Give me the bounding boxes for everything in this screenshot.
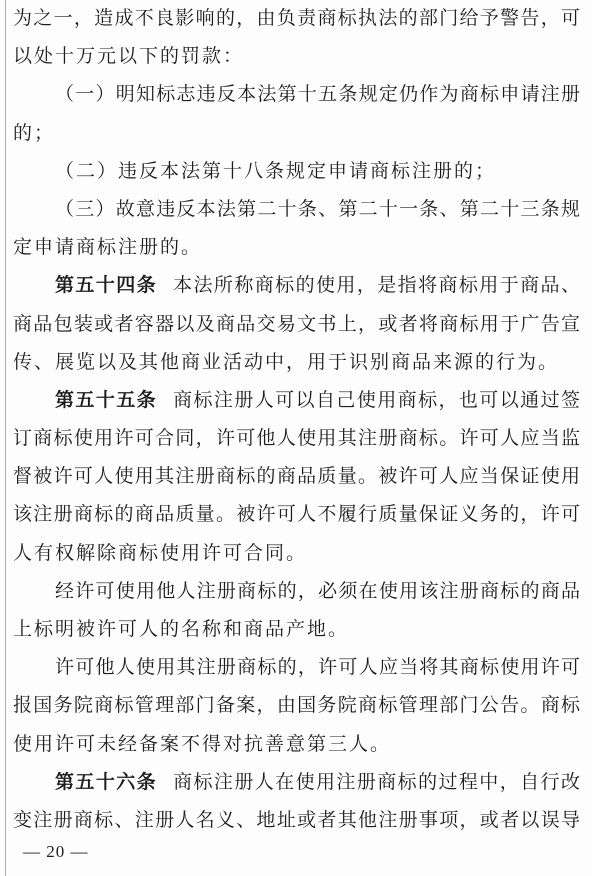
line-text: 订商标使用许可合同，许可他人使用其注册商标。许可人应当监 (13, 428, 580, 449)
line-text: （二）违反本法第十八条规定申请商标注册的； (55, 161, 496, 182)
text-line: 许可他人使用其注册商标的，许可人应当将其商标使用许可 (13, 649, 580, 687)
text-line: 督被许可人使用其注册商标的商品质量。被许可人应当保证使用 (13, 458, 580, 496)
line-text: 传、展览以及其他商业活动中，用于识别商品来源的行为。 (13, 352, 559, 373)
text-line: 上标明被许可人的名称和商品产地。 (13, 611, 580, 649)
line-text: （三）故意违反本法第二十条、第二十一条、第二十三条规 (55, 199, 580, 220)
text-line-list-item-2: （二）违反本法第十八条规定申请商标注册的； (13, 153, 580, 191)
line-text: 本法所称商标的使用，是指将商标用于商品、 (173, 275, 580, 296)
text-line-article-55: 第五十五条商标注册人可以自己使用商标，也可以通过签 (13, 382, 580, 420)
page-edge-line (5, 0, 6, 876)
text-line-article-56: 第五十六条商标注册人在使用注册商标的过程中，自行改 (13, 764, 580, 802)
line-text: 上标明被许可人的名称和商品产地。 (13, 619, 349, 640)
text-line: 定申请商标注册的。 (13, 229, 580, 267)
line-text: 使用许可未经备案不得对抗善意第三人。 (13, 734, 391, 755)
page-number: — 20 — (23, 842, 89, 861)
line-text: 变注册商标、注册人名义、地址或者其他注册事项，或者以误导 (13, 810, 580, 831)
text-line: 人有权解除商标使用许可合同。 (13, 535, 580, 573)
text-line: 的； (13, 115, 580, 153)
line-text: 商标注册人在使用注册商标的过程中，自行改 (173, 772, 580, 793)
document-page: 为之一，造成不良影响的，由负责商标执法的部门给予警告，可 以处十万元以下的罚款：… (0, 0, 592, 876)
line-text: 的； (13, 123, 55, 144)
text-line-article-54: 第五十四条本法所称商标的使用，是指将商标用于商品、 (13, 267, 580, 305)
line-text: 商标注册人可以自己使用商标，也可以通过签 (173, 390, 580, 411)
line-text: 商品包装或者容器以及商品交易文书上，或者将商标用于广告宣 (13, 314, 580, 335)
line-text: 报国务院商标管理部门备案，由国务院商标管理部门公告。商标 (13, 695, 580, 716)
article-number-bold: 第五十四条 (55, 275, 157, 296)
line-text: 督被许可人使用其注册商标的商品质量。被许可人应当保证使用 (13, 466, 580, 487)
line-text: 以处十万元以下的罚款： (13, 46, 244, 67)
text-line-list-item-3: （三）故意违反本法第二十条、第二十一条、第二十三条规 (13, 191, 580, 229)
line-text: 人有权解除商标使用许可合同。 (13, 543, 307, 564)
article-number-bold: 第五十六条 (55, 772, 157, 793)
text-line-list-item-1: （一）明知标志违反本法第十五条规定仍作为商标申请注册 (13, 76, 580, 114)
line-text: 该注册商标的商品质量。被许可人不履行质量保证义务的，许可 (13, 504, 580, 525)
line-text: 许可他人使用其注册商标的，许可人应当将其商标使用许可 (55, 657, 580, 678)
text-block: 为之一，造成不良影响的，由负责商标执法的部门给予警告，可 以处十万元以下的罚款：… (13, 0, 580, 840)
text-line: 经许可使用他人注册商标的，必须在使用该注册商标的商品 (13, 573, 580, 611)
page-footer: — 20 — (23, 840, 89, 868)
text-line: 商品包装或者容器以及商品交易文书上，或者将商标用于广告宣 (13, 306, 580, 344)
text-line: 使用许可未经备案不得对抗善意第三人。 (13, 726, 580, 764)
text-line: 以处十万元以下的罚款： (13, 38, 580, 76)
line-text: 定申请商标注册的。 (13, 237, 202, 258)
text-line: 变注册商标、注册人名义、地址或者其他注册事项，或者以误导 (13, 802, 580, 840)
line-text: 为之一，造成不良影响的，由负责商标执法的部门给予警告，可 (13, 8, 580, 29)
text-line: 报国务院商标管理部门备案，由国务院商标管理部门公告。商标 (13, 687, 580, 725)
line-text: （一）明知标志违反本法第十五条规定仍作为商标申请注册 (55, 84, 580, 105)
text-line: 订商标使用许可合同，许可他人使用其注册商标。许可人应当监 (13, 420, 580, 458)
text-line: 该注册商标的商品质量。被许可人不履行质量保证义务的，许可 (13, 496, 580, 534)
text-line: 传、展览以及其他商业活动中，用于识别商品来源的行为。 (13, 344, 580, 382)
text-line: 为之一，造成不良影响的，由负责商标执法的部门给予警告，可 (13, 0, 580, 38)
line-text: 经许可使用他人注册商标的，必须在使用该注册商标的商品 (55, 581, 580, 602)
article-number-bold: 第五十五条 (55, 390, 157, 411)
